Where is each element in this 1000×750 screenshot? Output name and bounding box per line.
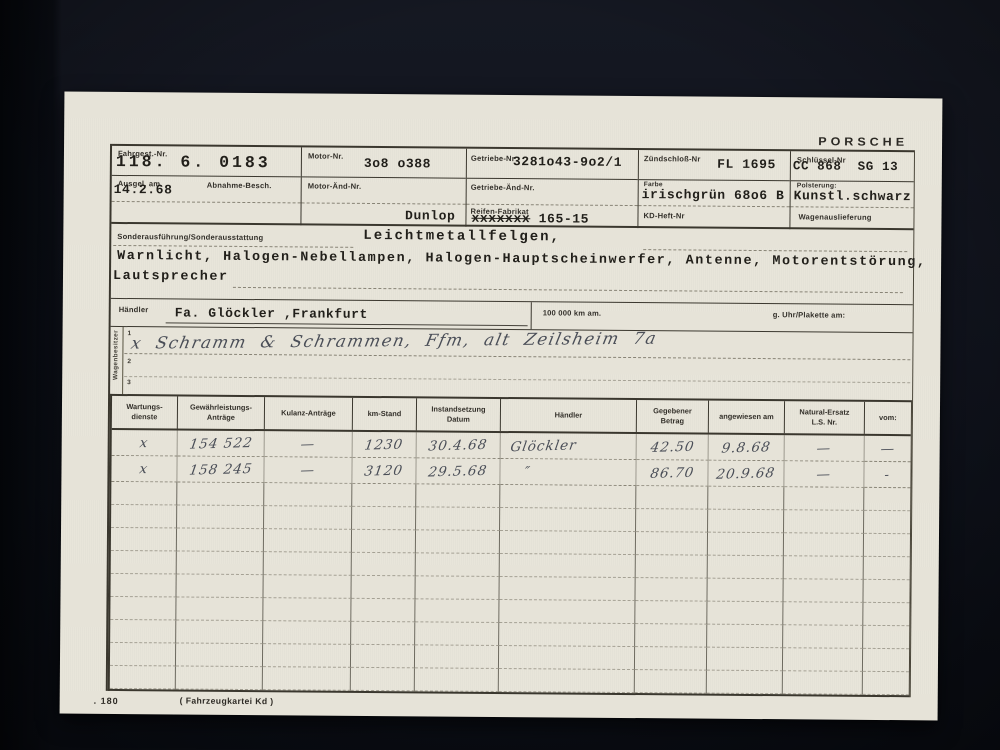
col-header: Kulanz-Anträge [265, 397, 353, 430]
empty-cell [176, 597, 263, 621]
empty-cell [863, 603, 909, 626]
empty-cell [784, 510, 864, 534]
cell-value: Glöckler [509, 437, 578, 455]
header-band: Fahrgest.-Nr. 118. 6. 0183 Ausgel. am 14… [111, 144, 914, 230]
cell-value: 158 245 [188, 460, 254, 478]
empty-cell [500, 485, 636, 509]
empty-cell [415, 645, 499, 669]
cell-value: — [879, 440, 896, 456]
service-table-empty-rows [110, 482, 911, 695]
empty-cell [263, 667, 351, 691]
chassis-box: Fahrgest.-Nr. 118. 6. 0183 Ausgel. am 14… [111, 146, 302, 225]
cell-value: 154 522 [188, 434, 254, 452]
empty-cell [499, 623, 635, 647]
empty-cell [177, 551, 264, 575]
empty-cell [707, 602, 783, 626]
tyre-make-struck: xxxxxxx [471, 211, 530, 226]
ignition-lock-value: FL 1695 [717, 157, 776, 172]
empty-cell [499, 600, 635, 624]
empty-cell [177, 482, 264, 506]
empty-cell [636, 555, 708, 579]
empty-cell [499, 646, 635, 670]
cell-value: - [883, 466, 891, 482]
empty-cell [263, 575, 351, 599]
col-header: vom: [865, 402, 911, 434]
cell-value: 9.8.68 [720, 439, 772, 456]
empty-cell [864, 488, 910, 511]
chassis-number-value: 118. 6. 0183 [116, 152, 271, 172]
empty-cell [784, 487, 864, 511]
col-header: Gegebener Betrag [637, 400, 709, 433]
empty-cell [499, 577, 635, 601]
empty-cell [863, 649, 909, 672]
owner-band: Wagenbesitzer 1 2 3 x Schramm & Schramme… [110, 326, 913, 400]
empty-cell [783, 602, 863, 626]
special-equipment-line3: Lautsprecher [113, 269, 229, 285]
empty-cell [500, 531, 636, 555]
empty-cell [111, 482, 177, 506]
special-equipment-line2: Warnlicht, Halogen-Nebellampen, Halogen-… [117, 249, 926, 270]
col-header: Instandsetzung Datum [417, 398, 501, 431]
empty-cell [263, 598, 351, 622]
empty-cell [351, 622, 415, 646]
col-header: angewiesen am [709, 401, 785, 434]
gearbox-number-value: 3281o43-9o2/1 [513, 154, 622, 170]
empty-cell [416, 553, 500, 577]
empty-cell [351, 576, 415, 600]
empty-cell [177, 528, 264, 552]
owner-row3-number: 3 [127, 379, 131, 386]
col-header: Händler [501, 399, 637, 432]
empty-cell [783, 671, 863, 695]
upholstery-value: Kunstl.schwarz [794, 188, 912, 204]
owner-side-label: Wagenbesitzer [112, 330, 119, 380]
empty-cell [110, 620, 176, 644]
col-header: Natural-Ersatz L.S. Nr. [785, 401, 865, 434]
photo-background: PORSCHE Fahrgest.-Nr. 118. 6. 0183 Ausge… [0, 0, 1000, 750]
empty-cell [500, 554, 636, 578]
empty-cell [352, 553, 416, 577]
empty-cell [708, 510, 784, 534]
cell-value: x [139, 435, 150, 451]
empty-cell [110, 597, 176, 621]
delivered-date-value: 14.2.68 [114, 182, 173, 197]
empty-cell [110, 574, 176, 598]
empty-cell [784, 533, 864, 557]
cell-value: 86.70 [649, 464, 695, 481]
empty-cell [264, 529, 352, 553]
empty-cell [415, 599, 499, 623]
cell-value: 1230 [364, 436, 405, 453]
empty-service-row [110, 666, 909, 695]
empty-cell [177, 505, 264, 529]
empty-cell [783, 648, 863, 672]
footer-page-number: . 180 [94, 696, 119, 706]
empty-cell [263, 621, 351, 645]
empty-cell [636, 509, 708, 533]
dashed-rule [643, 249, 907, 252]
empty-cell [499, 669, 635, 693]
gearbox-mod-label: Getriebe-Änd-Nr. [471, 183, 535, 193]
empty-cell [111, 528, 177, 552]
dashed-rule [233, 287, 903, 293]
cell-value: ″ [509, 463, 532, 480]
car-delivery-label: Wagenauslieferung [798, 212, 871, 222]
empty-cell [864, 534, 910, 557]
kd-booklet-label: KD-Heft-Nr [643, 211, 684, 220]
special-equipment-label: Sonderausführung/Sonderausstattung [117, 232, 263, 242]
color-value: irischgrün 68o6 B [642, 187, 785, 203]
empty-cell [264, 506, 352, 530]
cell-value: 20.9.68 [715, 465, 776, 483]
empty-cell [416, 530, 500, 554]
owner-handwriting: x Schramm & Schrammen, Ffm, alt Zeilshei… [129, 328, 775, 353]
empty-cell [864, 557, 910, 580]
empty-cell [415, 576, 499, 600]
engine-mod-label: Motor-Änd-Nr. [308, 181, 362, 190]
tyre-size-value: 165-15 [530, 211, 589, 226]
service-table: Wartungs- dienste Gewährleistungs- Anträ… [108, 394, 912, 697]
owner-row2-number: 2 [127, 358, 131, 365]
empty-cell [783, 579, 863, 603]
km-100000-label: 100 000 km am. [543, 308, 602, 317]
empty-cell [863, 580, 909, 603]
empty-cell [415, 622, 499, 646]
cell-value: 42.50 [649, 438, 695, 455]
empty-cell [176, 620, 263, 644]
gearbox-number-label: Getriebe-Nr [471, 154, 515, 163]
empty-cell [264, 483, 352, 507]
empty-cell [416, 507, 500, 531]
empty-cell [110, 666, 176, 690]
engine-number-label: Motor-Nr. [308, 151, 344, 160]
empty-cell [636, 486, 708, 510]
dealer-label: Händler [119, 305, 149, 314]
empty-cell [863, 672, 909, 695]
empty-cell [176, 643, 263, 667]
cell-value: — [816, 440, 833, 456]
empty-cell [863, 626, 909, 649]
empty-cell [416, 484, 500, 508]
empty-cell [784, 556, 864, 580]
empty-cell [263, 644, 351, 668]
engine-number-value: 3o8 o388 [364, 156, 431, 172]
cell-value: 3120 [363, 462, 404, 479]
empty-cell [783, 625, 863, 649]
empty-cell [176, 666, 263, 690]
cell-value: — [300, 462, 317, 478]
col-header: Wartungs- dienste [112, 396, 178, 429]
divider [531, 302, 532, 329]
empty-cell [707, 625, 783, 649]
dashed-rule [124, 376, 910, 383]
dashed-rule [113, 245, 353, 248]
owner-row1-number: 1 [128, 330, 132, 337]
clock-badge-label: g. Uhr/Plakette am: [773, 310, 846, 320]
gearbox-box: Getriebe-Nr 3281o43-9o2/1 Getriebe-Änd-N… [466, 149, 639, 228]
empty-cell [415, 668, 499, 692]
porsche-logo: PORSCHE [818, 135, 908, 149]
cell-value: 30.4.68 [428, 436, 489, 454]
special-equipment-line1: Leichtmetallfelgen, [363, 228, 561, 246]
empty-cell [635, 601, 707, 625]
empty-cell [707, 648, 783, 672]
empty-cell [351, 645, 415, 669]
empty-cell [635, 578, 707, 602]
empty-cell [176, 574, 263, 598]
empty-cell [110, 643, 176, 667]
empty-cell [264, 552, 352, 576]
dealer-value: Fa. Glöckler ,Frankfurt [175, 305, 368, 322]
empty-cell [707, 671, 783, 695]
card-frame: PORSCHE Fahrgest.-Nr. 118. 6. 0183 Ausge… [106, 144, 915, 697]
ignition-lock-label: Zündschloß-Nr [644, 154, 701, 163]
ignition-box: Zündschloß-Nr FL 1695 Farbe irischgrün 6… [638, 150, 791, 229]
col-header: Gewährleistungs- Anträge [178, 396, 265, 429]
footer-caption: ( Fahrzeugkartei Kd ) [180, 695, 274, 706]
empty-cell [111, 505, 177, 529]
empty-cell [708, 556, 784, 580]
cell-value: — [815, 466, 832, 482]
acceptance-cert-label: Abnahme-Besch. [207, 181, 272, 191]
empty-cell [500, 508, 636, 532]
empty-cell [352, 507, 416, 531]
cell-value: 29.5.68 [427, 462, 488, 480]
empty-cell [636, 532, 708, 556]
special-equipment-band: Sonderausführung/Sonderausstattung Leich… [111, 224, 914, 305]
dashed-rule [124, 353, 910, 360]
empty-cell [351, 668, 415, 692]
dealer-underline [166, 322, 528, 326]
col-header: km-Stand [353, 398, 417, 431]
owner-side-strip: Wagenbesitzer [110, 327, 124, 395]
engine-box: Motor-Nr. 3o8 o388 Motor-Änd-Nr. Dunlop [301, 147, 467, 226]
empty-cell [708, 533, 784, 557]
key-box: Schlüssel-Nr CC 868 SG 13 Polsterung: Ku… [790, 151, 914, 230]
empty-cell [635, 647, 707, 671]
empty-cell [707, 579, 783, 603]
key-number-value: CC 868 SG 13 [793, 159, 898, 174]
cell-value: x [138, 461, 149, 477]
document-card: PORSCHE Fahrgest.-Nr. 118. 6. 0183 Ausge… [60, 92, 943, 721]
empty-cell [352, 484, 416, 508]
empty-cell [635, 624, 707, 648]
empty-cell [351, 599, 415, 623]
empty-cell [111, 551, 177, 575]
empty-cell [635, 670, 707, 694]
empty-cell [352, 530, 416, 554]
tyre-brand-value: Dunlop [405, 208, 456, 223]
cell-value: — [300, 436, 317, 452]
empty-cell [864, 511, 910, 534]
empty-cell [708, 487, 784, 511]
